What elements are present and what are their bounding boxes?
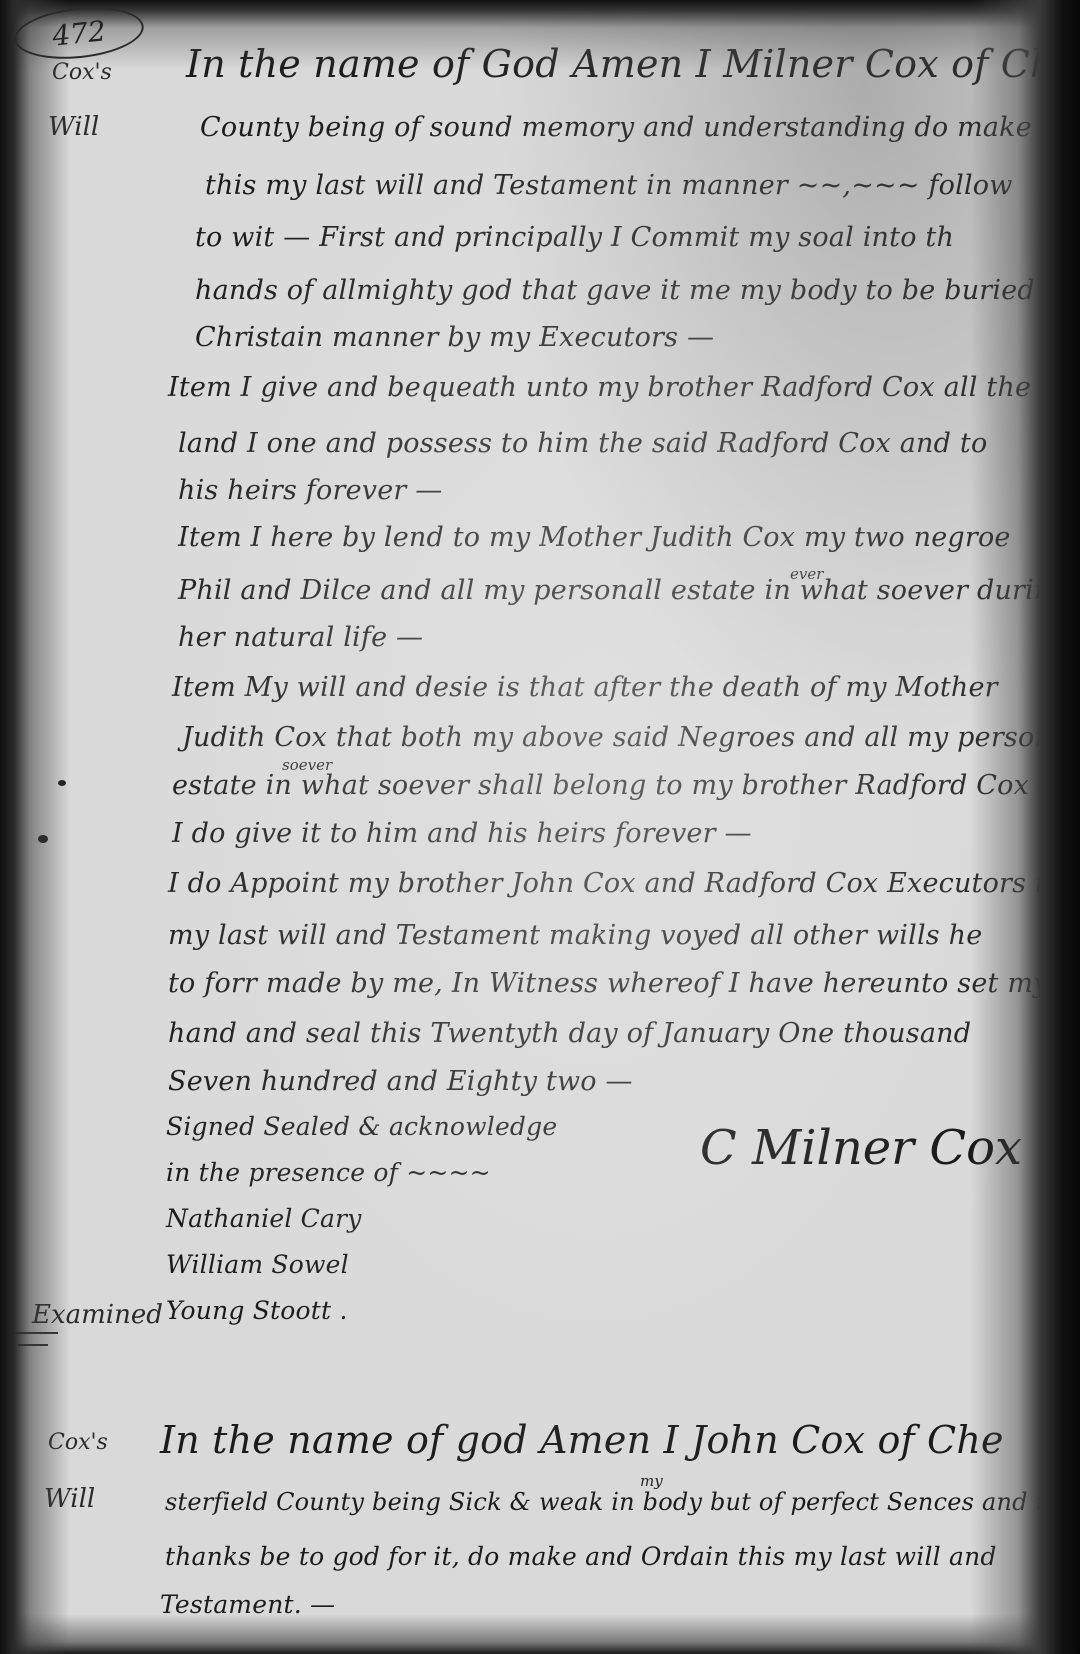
witness-young-stoott: Young Stoott .	[166, 1296, 348, 1325]
will1-line-17: I do Appoint my brother John Cox and Rad…	[168, 868, 1080, 899]
will1-line-3: this my last will and Testament in manne…	[205, 170, 1013, 201]
margin-note-will-1: Will	[48, 112, 99, 142]
will1-line-1: In the name of God Amen I Milner Cox of …	[186, 42, 1080, 86]
margin-note-coxs-2: Cox's	[48, 1430, 108, 1455]
will1-line-13: Item My will and desie is that after the…	[172, 672, 998, 703]
will1-line-4: to wit — First and principally I Commit …	[195, 222, 954, 253]
interlinear-insert-ever: ever	[790, 565, 823, 583]
will1-line-12: her natural life —	[178, 622, 423, 653]
folio-number: 472	[12, 1, 147, 64]
will1-line-5: hands of allmighty god that gave it me m…	[195, 275, 1070, 306]
will1-line-21: Seven hundred and Eighty two —	[168, 1066, 633, 1097]
attestation-line-2: in the presence of ~~~~	[166, 1158, 491, 1187]
witness-nathaniel-cary: Nathaniel Cary	[166, 1204, 362, 1233]
interlinear-insert-soever: soever	[282, 756, 332, 774]
will1-line-8: land I one and possess to him the said R…	[178, 428, 987, 459]
will1-line-9: his heirs forever —	[178, 475, 442, 506]
will2-line-1: In the name of god Amen I John Cox of Ch…	[160, 1418, 1004, 1462]
manuscript-page: 472 Cox's Will In the name of God Amen I…	[0, 0, 1080, 1654]
will1-line-10: Item I here by lend to my Mother Judith …	[178, 522, 1011, 553]
attestation-line-1: Signed Sealed & acknowledge	[166, 1112, 557, 1141]
will1-line-20: hand and seal this Twentyth day of Janua…	[168, 1018, 971, 1049]
will1-line-11: Phil and Dilce and all my personall esta…	[178, 575, 1069, 606]
will1-line-14: Judith Cox that both my above said Negro…	[182, 722, 1068, 753]
will1-line-7: Item I give and bequeath unto my brother…	[168, 372, 1031, 403]
will2-line-3: thanks be to god for it, do make and Ord…	[165, 1542, 997, 1571]
will1-line-19: to forr made by me, In Witness whereof I…	[168, 968, 1049, 999]
ink-blot	[38, 835, 48, 843]
will1-line-16: I do give it to him and his heirs foreve…	[172, 818, 752, 849]
margin-note-will-2: Will	[44, 1484, 95, 1514]
will2-line-4: Testament. —	[160, 1590, 335, 1619]
margin-note-examined: Examined	[32, 1300, 163, 1330]
witness-william-sowel: William Sowel	[166, 1250, 349, 1279]
will1-line-18: my last will and Testament making voyed …	[168, 920, 982, 951]
testator-signature: C Milner Cox	[700, 1120, 1022, 1176]
ink-blot	[58, 780, 66, 786]
divider-mark-1	[10, 1332, 58, 1334]
divider-mark-2	[18, 1344, 48, 1346]
will1-line-15: estate in what soever shall belong to my…	[172, 770, 1062, 801]
margin-note-coxs-1: Cox's	[52, 60, 112, 85]
will2-line-2: sterfield County being Sick & weak in bo…	[165, 1488, 1080, 1516]
will1-line-2: County being of sound memory and underst…	[200, 112, 1080, 143]
will1-line-6: Christain manner by my Executors —	[195, 322, 714, 353]
